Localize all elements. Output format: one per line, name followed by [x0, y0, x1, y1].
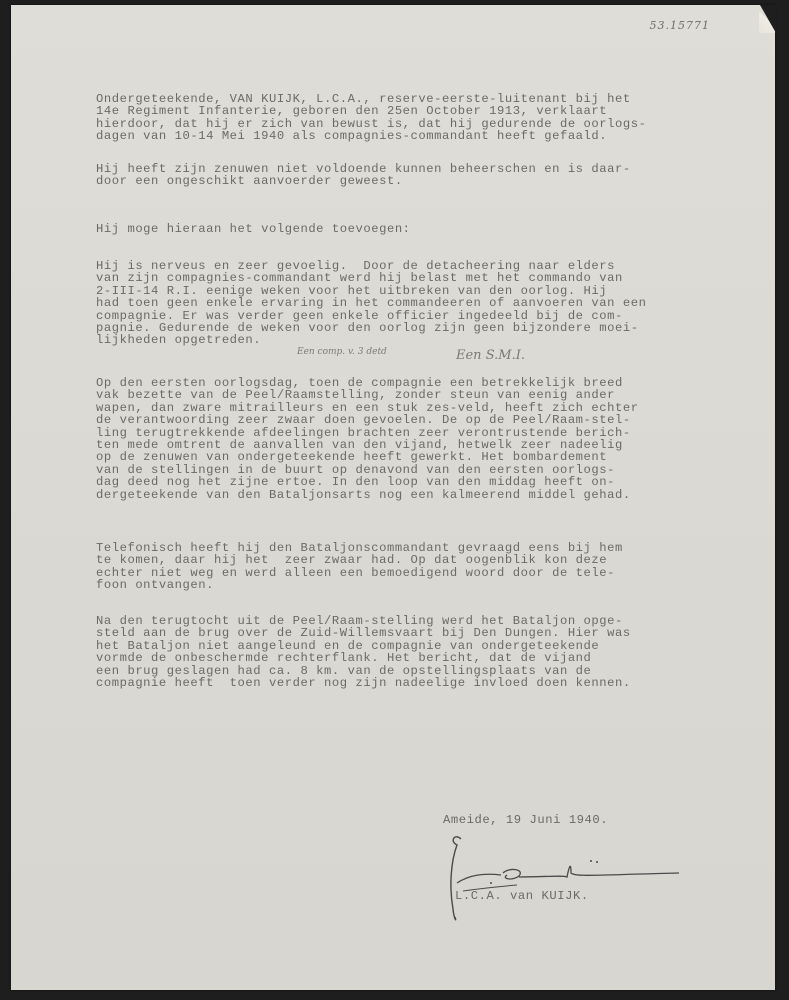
paragraph-addition-intro: Hij moge hieraan het volgende toevoegen: [96, 223, 411, 235]
handwritten-signature [443, 831, 683, 921]
text-line: op de zenuwen van ondergeteekende heeft … [96, 451, 639, 463]
text-line: dagen van 10-14 Mei 1940 als compagnies-… [96, 130, 646, 142]
text-line: compagnie heeft toen verder nog zijn nad… [96, 677, 631, 689]
paragraph-declaration: Ondergeteekende, VAN KUIJK, L.C.A., rese… [96, 93, 646, 143]
archive-number: 53.15771 [650, 19, 711, 32]
handwritten-note: Een S.M.I. [456, 348, 525, 363]
folded-corner-shadow [760, 5, 776, 33]
paragraph-first-war-day: Op den eersten oorlogsdag, toen de compa… [96, 377, 639, 501]
typed-signatory-name: L.C.A. van KUIJK. [455, 889, 589, 903]
text-line: vormde de onbeschermde rechterflank. Het… [96, 652, 631, 664]
paragraph-nerves: Hij heeft zijn zenuwen niet voldoende ku… [96, 163, 631, 188]
paragraph-retreat: Na den terugtocht uit de Peel/Raam-stell… [96, 615, 631, 689]
paragraph-background: Hij is nerveus en zeer gevoelig. Door de… [96, 260, 646, 347]
handwritten-note: Een comp. v. 3 detd [297, 347, 387, 357]
text-line: lijkheden opgetreden. [96, 334, 646, 346]
text-line: 14e Regiment Infanterie, geboren den 25e… [96, 105, 646, 117]
text-line: door een ongeschikt aanvoerder geweest. [96, 175, 631, 187]
text-line: dag deed nog het zijne ertoe. In den loo… [96, 476, 639, 488]
text-line: van zijn compagnies-commandant werd hij … [96, 272, 646, 284]
place-and-date: Ameide, 19 Juni 1940. [443, 813, 608, 827]
text-line: te komen, daar hij het zeer zwaar had. O… [96, 554, 623, 566]
text-line: dergeteekende van den Bataljonsarts nog … [96, 489, 639, 501]
text-line: had toen geen enkele ervaring in het com… [96, 297, 646, 309]
document-page: 53.15771 Ondergeteekende, VAN KUIJK, L.C… [11, 5, 775, 990]
text-line: vak bezette van de Peel/Raamstelling, zo… [96, 389, 639, 401]
text-line: foon ontvangen. [96, 579, 623, 591]
text-line: de verantwoording zeer zwaar doen gevoel… [96, 414, 639, 426]
text-line: Hij moge hieraan het volgende toevoegen: [96, 223, 411, 235]
text-line: steld aan de brug over de Zuid-Willemsva… [96, 627, 631, 639]
paragraph-telephone: Telefonisch heeft hij den Bataljonscomma… [96, 542, 623, 592]
